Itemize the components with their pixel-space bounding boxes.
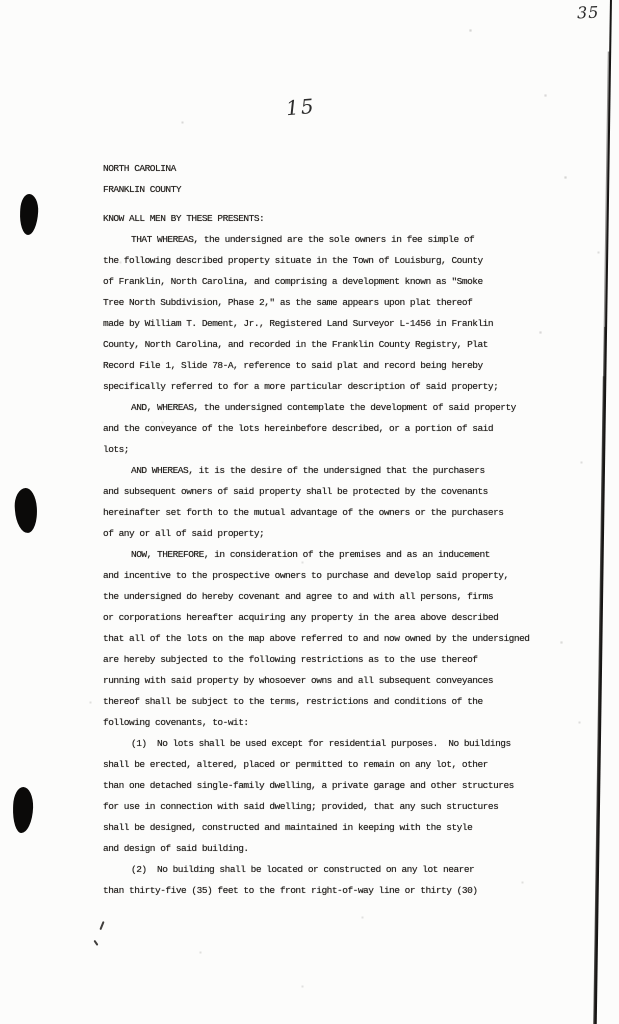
document-line: for use in connection with said dwelling… (103, 796, 573, 817)
document-line: shall be designed, constructed and maint… (103, 817, 573, 838)
document-line: running with said property by whosoever … (103, 670, 573, 691)
document-line: lots; (103, 439, 573, 460)
document-line: and subsequent owners of said property s… (103, 481, 573, 502)
document-line: (1) No lots shall be used except for res… (103, 733, 573, 754)
document-line: specifically referred to for a more part… (103, 376, 573, 397)
scanned-document-page: 35 15 NORTH CAROLINAFRANKLIN COUNTYKNOW … (0, 0, 619, 1024)
binding-hole-mark (12, 787, 34, 834)
document-line: that all of the lots on the map above re… (103, 628, 573, 649)
handwritten-corner-page-number: 35 (577, 3, 600, 23)
document-line: AND WHEREAS, it is the desire of the und… (103, 460, 573, 481)
document-line: thereof shall be subject to the terms, r… (103, 691, 573, 712)
document-line: KNOW ALL MEN BY THESE PRESENTS: (103, 208, 573, 229)
document-line: County, North Carolina, and recorded in … (103, 334, 573, 355)
document-line: THAT WHEREAS, the undersigned are the so… (103, 229, 573, 250)
binding-hole-mark (19, 194, 39, 236)
document-line: and design of said building. (103, 838, 573, 859)
document-line: of Franklin, North Carolina, and compris… (103, 271, 573, 292)
document-line: hereinafter set forth to the mutual adva… (103, 502, 573, 523)
document-line: (2) No building shall be located or cons… (103, 859, 573, 880)
document-text-block: NORTH CAROLINAFRANKLIN COUNTYKNOW ALL ME… (103, 158, 573, 901)
document-line: made by William T. Dement, Jr., Register… (103, 313, 573, 334)
document-line: or corporations hereafter acquiring any … (103, 607, 573, 628)
scan-edge-line (595, 0, 612, 1024)
document-line: and incentive to the prospective owners … (103, 565, 573, 586)
document-line: NORTH CAROLINA (103, 158, 573, 179)
document-line: shall be erected, altered, placed or per… (103, 754, 573, 775)
document-lines: NORTH CAROLINAFRANKLIN COUNTYKNOW ALL ME… (103, 158, 573, 901)
stray-pen-mark (93, 940, 98, 946)
document-line: FRANKLIN COUNTY (103, 179, 573, 200)
document-line: are hereby subjected to the following re… (103, 649, 573, 670)
document-line: and the conveyance of the lots hereinbef… (103, 418, 573, 439)
document-line: NOW, THEREFORE, in consideration of the … (103, 544, 573, 565)
scan-speckles (0, 0, 1, 1)
document-line: Tree North Subdivision, Phase 2," as the… (103, 292, 573, 313)
document-line: following covenants, to-wit: (103, 712, 573, 733)
document-line: the following described property situate… (103, 250, 573, 271)
handwritten-center-page-number: 15 (285, 94, 316, 120)
document-line: of any or all of said property; (103, 523, 573, 544)
document-line: Record File 1, Slide 78-A, reference to … (103, 355, 573, 376)
document-line: the undersigned do hereby covenant and a… (103, 586, 573, 607)
document-line: AND, WHEREAS, the undersigned contemplat… (103, 397, 573, 418)
stray-pen-mark (99, 921, 104, 930)
document-line: than one detached single-family dwelling… (103, 775, 573, 796)
document-line: than thirty-five (35) feet to the front … (103, 880, 573, 901)
binding-hole-mark (13, 487, 38, 533)
